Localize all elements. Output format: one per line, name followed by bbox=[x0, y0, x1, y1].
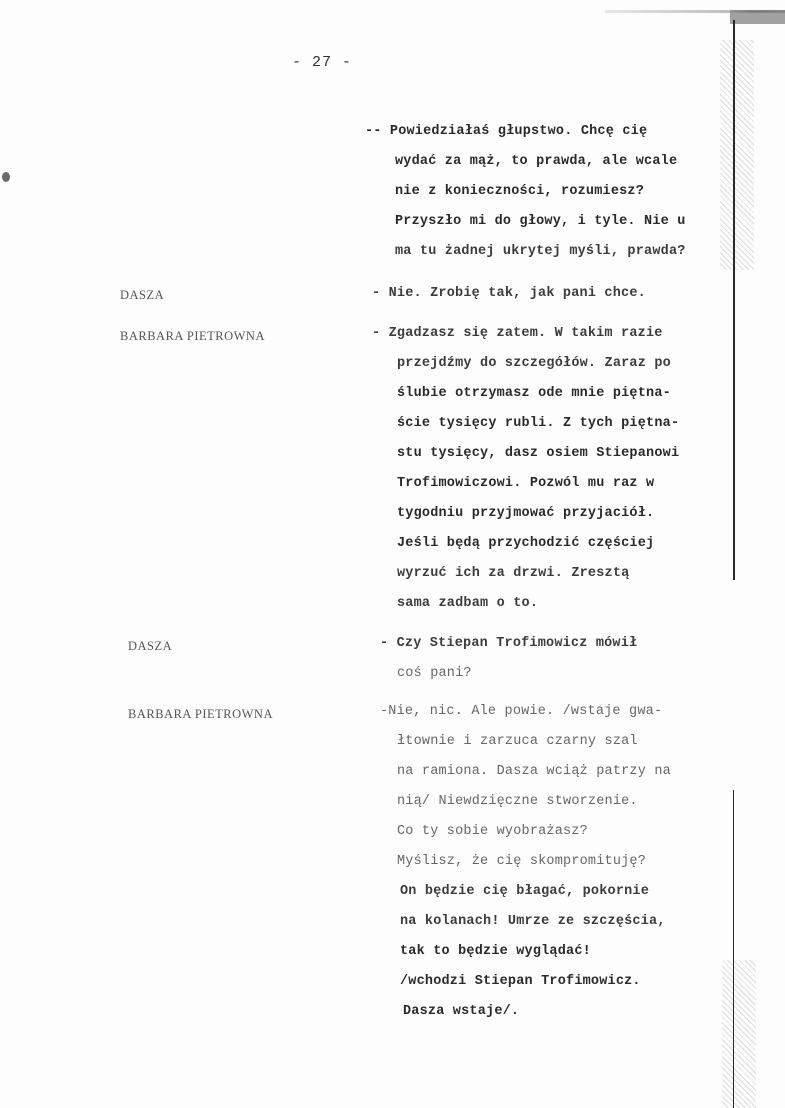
dialogue-line: -- Powiedziałaś głupstwo. Chcę cię bbox=[365, 124, 647, 139]
speaker-name: DASZA bbox=[128, 639, 172, 654]
dialogue-line: sama zadbam o to. bbox=[397, 596, 538, 611]
dialogue-line: łtownie i zarzuca czarny szal bbox=[397, 734, 638, 749]
speaker-name: BARBARA PIETROWNA bbox=[128, 707, 273, 722]
dialogue-line: wydać za mąż, to prawda, ale wcale bbox=[395, 154, 677, 169]
dialogue-line: ślubie otrzymasz ode mnie piętna- bbox=[397, 386, 671, 401]
dialogue-line: ście tysięcy rubli. Z tych piętna- bbox=[397, 416, 679, 431]
dialogue-line: - Zgadzasz się zatem. W takim razie bbox=[372, 326, 663, 341]
dialogue-line: Myślisz, że cię skompromituję? bbox=[397, 854, 646, 869]
dialogue-line: - Nie. Zrobię tak, jak pani chce. bbox=[372, 286, 646, 301]
dialogue-line: stu tysięcy, dasz osiem Stiepanowi bbox=[397, 446, 679, 461]
dialogue-line: coś pani? bbox=[397, 666, 472, 681]
scan-hole-mark bbox=[2, 172, 10, 182]
speaker-name: DASZA bbox=[120, 288, 164, 303]
dialogue-line: przejdźmy do szczegółów. Zaraz po bbox=[397, 356, 671, 371]
dialogue-line: Trofimowiczowi. Pozwól mu raz w bbox=[397, 476, 654, 491]
dialogue-line: tygodniu przyjmować przyjaciół. bbox=[397, 506, 654, 521]
document-page: - 27 - -- Powiedziałaś głupstwo. Chcę ci… bbox=[0, 0, 785, 1108]
dialogue-line: On będzie cię błagać, pokornie bbox=[400, 884, 649, 899]
dialogue-line: na ramiona. Dasza wciąż patrzy na bbox=[397, 764, 671, 779]
speaker-name: BARBARA PIETROWNA bbox=[120, 329, 265, 344]
dialogue-line: tak to będzie wyglądać! bbox=[400, 944, 591, 959]
dialogue-line: na kolanach! Umrze ze szczęścia, bbox=[400, 914, 666, 929]
dialogue-line: ma tu żadnej ukrytej myśli, prawda? bbox=[395, 244, 686, 259]
scan-speckle-lower bbox=[722, 960, 756, 1108]
dialogue-line: /wchodzi Stiepan Trofimowicz. bbox=[400, 974, 641, 989]
dialogue-line: wyrzuć ich za drzwi. Zresztą bbox=[397, 566, 629, 581]
dialogue-line: nie z konieczności, rozumiesz? bbox=[395, 184, 644, 199]
scan-corner-shadow bbox=[730, 10, 785, 24]
dialogue-line: Dasza wstaje/. bbox=[403, 1004, 519, 1019]
dialogue-line: - Czy Stiepan Trofimowicz mówił bbox=[380, 636, 637, 651]
page-number: - 27 - bbox=[292, 54, 352, 71]
dialogue-line: -Nie, nic. Ale powie. /wstaje gwa- bbox=[380, 704, 662, 719]
dialogue-line: nią/ Niewdzięczne stworzenie. bbox=[397, 794, 638, 809]
dialogue-line: Przyszło mi do głowy, i tyle. Nie u bbox=[395, 214, 686, 229]
scan-speckle-upper bbox=[720, 40, 754, 270]
dialogue-line: Jeśli będą przychodzić częściej bbox=[397, 536, 654, 551]
dialogue-line: Co ty sobie wyobrażasz? bbox=[397, 824, 588, 839]
